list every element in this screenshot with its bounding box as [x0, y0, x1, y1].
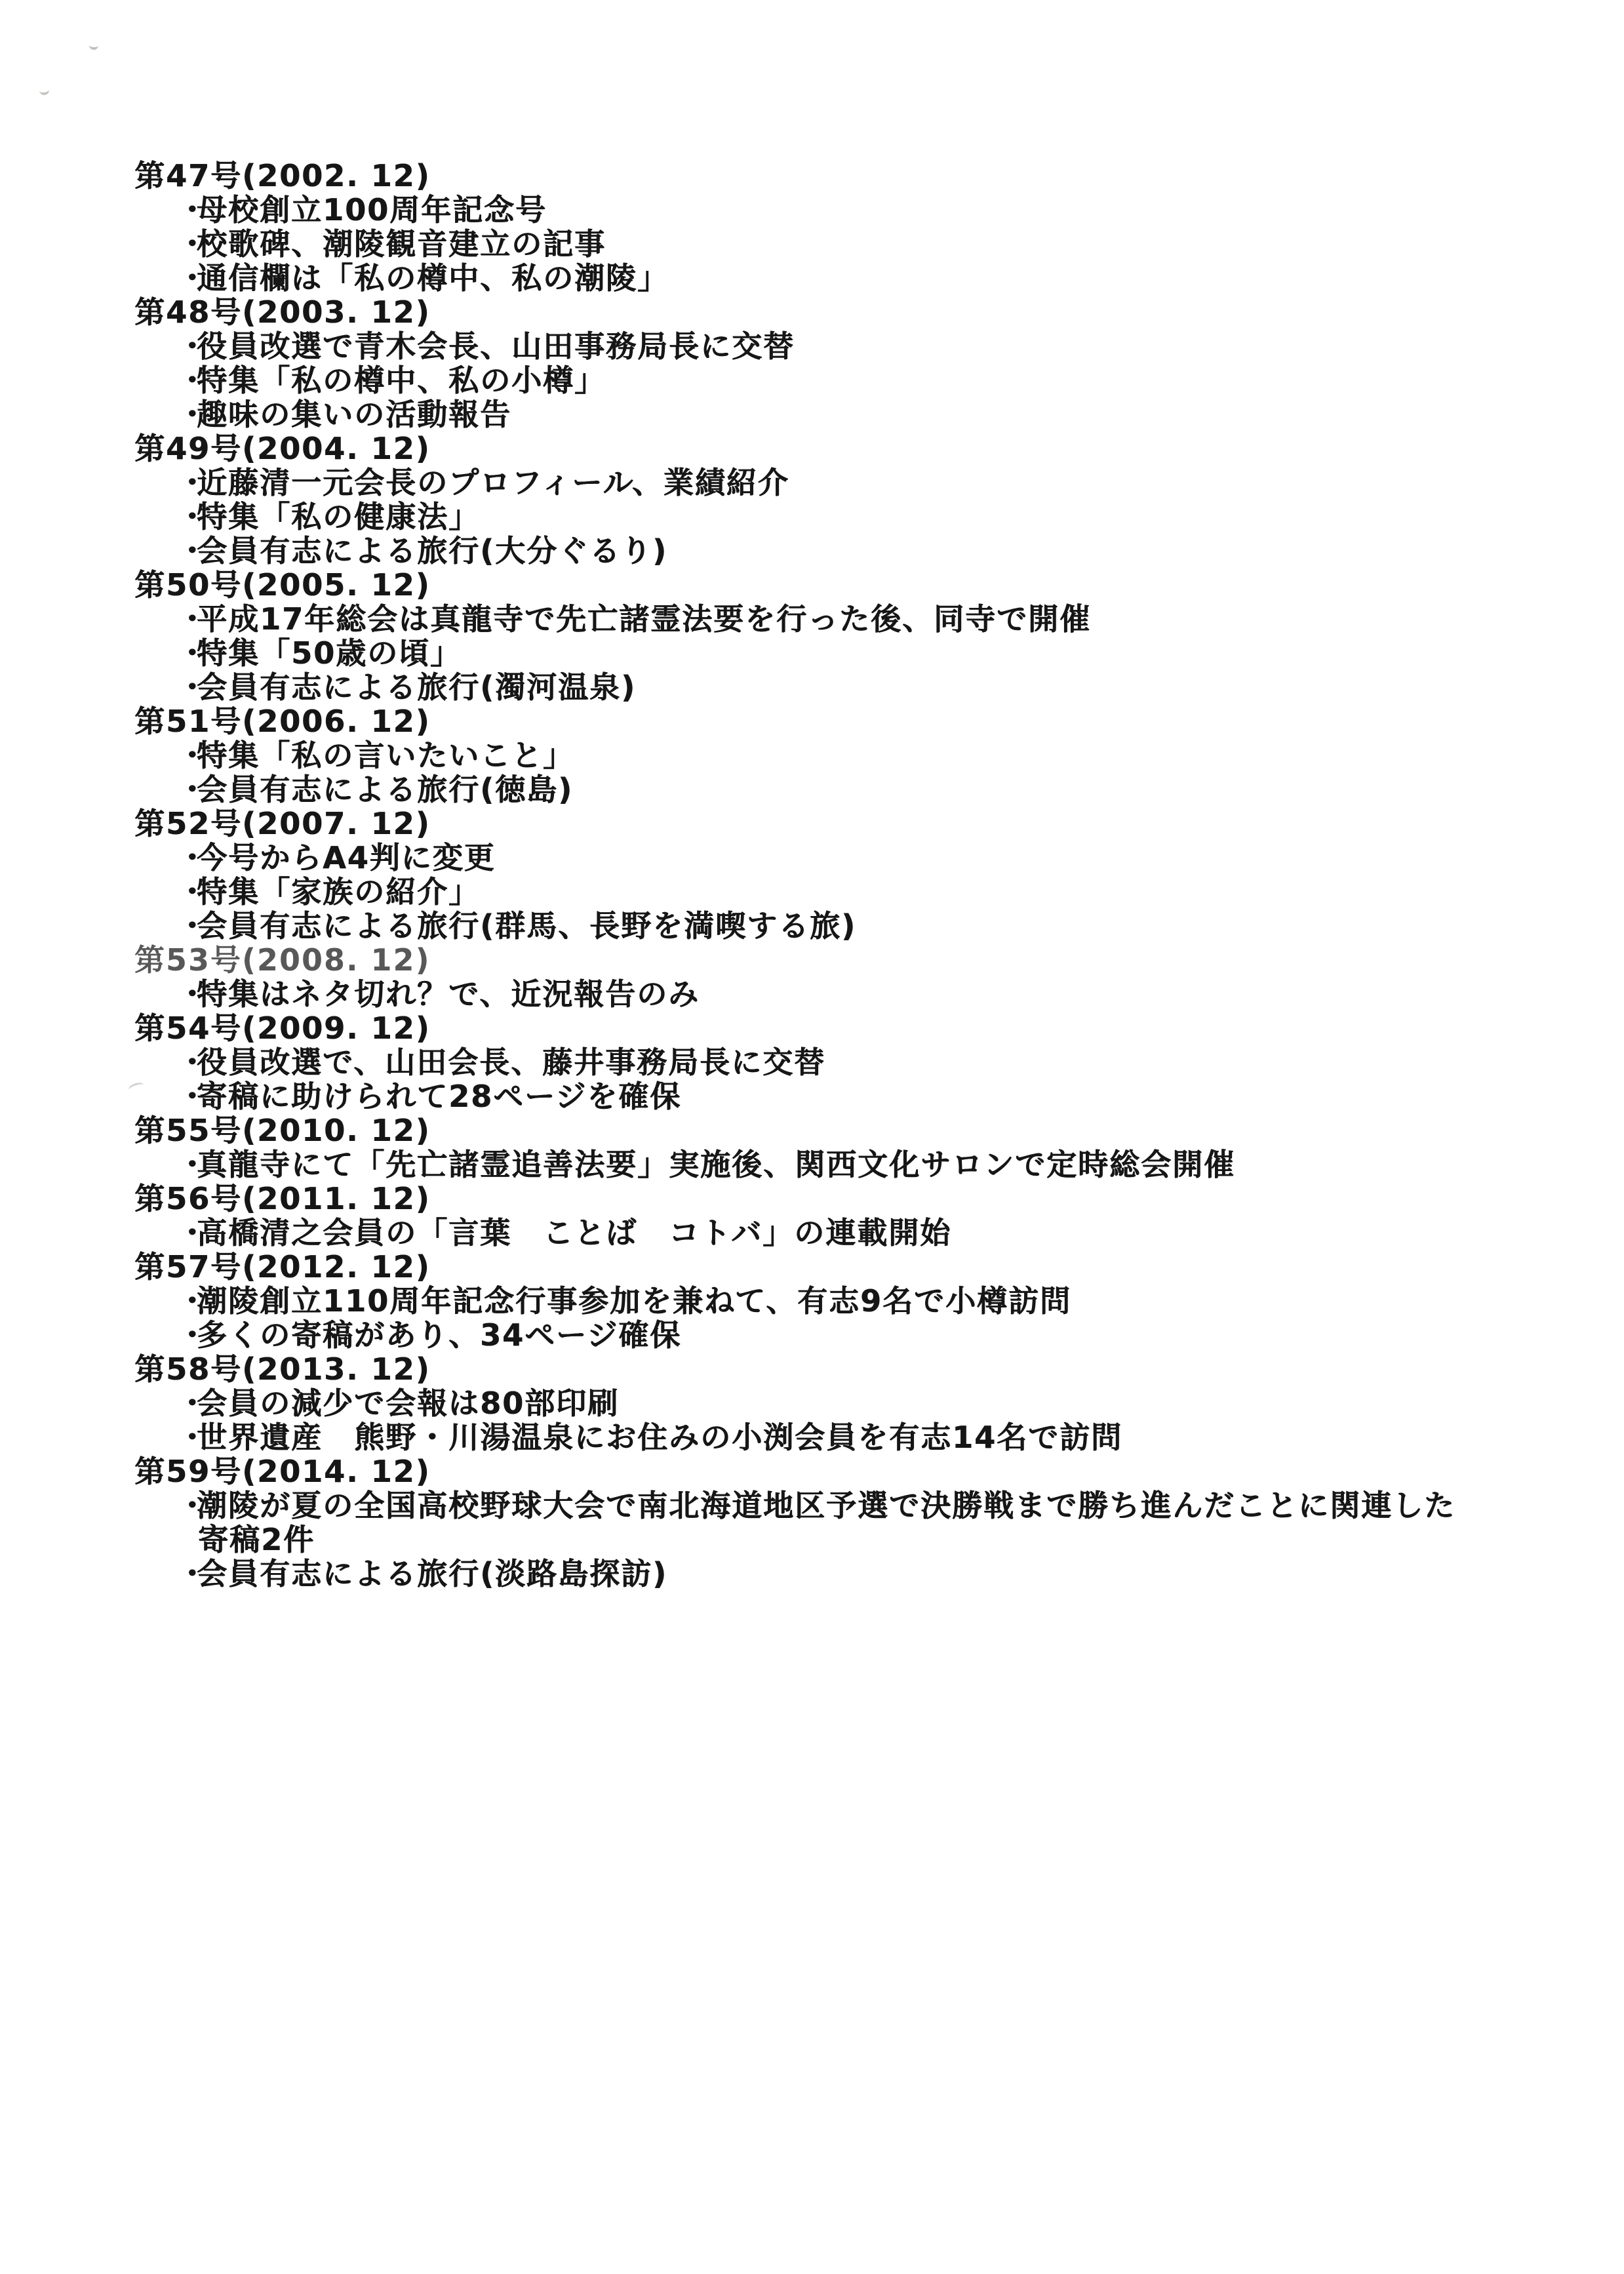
issue-item-text: 寄稿に助けられて28ページを確保: [197, 1079, 681, 1114]
issue-item-text: 世界遺産 熊野・川湯温泉にお住みの小渕会員を有志14名で訪問: [197, 1420, 1122, 1455]
issue-item: ・潮陵が夏の全国高校野球大会で南北海道地区予選で決勝戦まで勝ち進んだことに関連し…: [0, 1488, 1624, 1523]
bullet-marker: ・: [177, 772, 197, 807]
scan-artifact: [89, 42, 99, 50]
issue-item-text: 会員有志による旅行(淡路島探訪): [197, 1556, 667, 1591]
issue-item: ・特集「50歳の頃」: [0, 636, 1624, 670]
issue-item: ・会員有志による旅行(濁河温泉): [0, 670, 1624, 704]
issue-item-text: 通信欄は「私の樽中、私の潮陵」: [197, 260, 669, 296]
issue-item-text: 会員の減少で会報は80部印刷: [197, 1386, 619, 1421]
issue-item: ・近藤清一元会長のプロフィール、業績紹介: [0, 466, 1624, 500]
issue-heading-49: 第49号(2004. 12): [0, 431, 1624, 466]
issue-item-text: 特集「私の樽中、私の小樽」: [197, 363, 606, 398]
bullet-marker: ・: [177, 500, 197, 534]
issue-heading-56: 第56号(2011. 12): [0, 1182, 1624, 1216]
bullet-marker: ・: [177, 329, 197, 363]
bullet-marker: ・: [177, 1420, 197, 1454]
issue-item-text: 特集「私の言いたいこと」: [197, 738, 574, 773]
issue-item: ・役員改選で青木会長、山田事務局長に交替: [0, 329, 1624, 363]
bullet-marker: ・: [177, 738, 197, 772]
scan-artifact: [39, 86, 50, 96]
issue-item: ・特集「私の樽中、私の小樽」: [0, 363, 1624, 397]
issue-item-text: 特集はネタ切れ？で、近況報告のみ: [197, 976, 700, 1012]
bullet-marker: ・: [177, 363, 197, 397]
issue-item: ・趣味の集いの活動報告: [0, 397, 1624, 431]
issue-heading-59: 第59号(2014. 12): [0, 1454, 1624, 1488]
issue-item: ・役員改選で、山田会長、藤井事務局長に交替: [0, 1045, 1624, 1079]
issue-item-text: 潮陵創立110周年記念行事参加を兼ねて、有志9名で小樽訪問: [197, 1283, 1071, 1319]
issue-item-text: 会員有志による旅行(徳島): [197, 772, 573, 807]
bullet-marker: ・: [177, 534, 197, 568]
issue-item: ・寄稿に助けられて28ページを確保: [0, 1079, 1624, 1113]
issue-item-text: 多くの寄稿があり、34ページ確保: [197, 1317, 681, 1353]
issue-heading-58: 第58号(2013. 12): [0, 1352, 1624, 1386]
bullet-marker: ・: [177, 1318, 197, 1352]
issue-item-text: 会員有志による旅行(濁河温泉): [197, 669, 636, 705]
issue-heading-55: 第55号(2010. 12): [0, 1113, 1624, 1147]
bullet-marker: ・: [177, 1147, 197, 1182]
issue-item-text: 会員有志による旅行(大分ぐるり): [197, 533, 667, 568]
issue-heading-52: 第52号(2007. 12): [0, 807, 1624, 841]
issue-item: ・特集「私の健康法」: [0, 500, 1624, 534]
issue-item: ・会員の減少で会報は80部印刷: [0, 1386, 1624, 1420]
issue-heading-50: 第50号(2005. 12): [0, 568, 1624, 602]
issue-item-text: 会員有志による旅行(群馬、長野を満喫する旅): [197, 908, 856, 944]
bullet-marker: ・: [177, 909, 197, 943]
bullet-marker: ・: [177, 875, 197, 909]
bullet-marker: ・: [177, 602, 197, 636]
bullet-marker: ・: [177, 397, 197, 431]
issue-item: ・潮陵創立110周年記念行事参加を兼ねて、有志9名で小樽訪問: [0, 1284, 1624, 1318]
issue-heading-51: 第51号(2006. 12): [0, 704, 1624, 738]
issue-item-text: 特集「家族の紹介」: [197, 874, 480, 909]
bullet-marker: ・: [177, 636, 197, 670]
issue-item-text: 潮陵が夏の全国高校野球大会で南北海道地区予選で決勝戦まで勝ち進んだことに関連した: [197, 1488, 1456, 1523]
bullet-marker: ・: [177, 466, 197, 500]
issue-item-text: 今号からA4判に変更: [197, 840, 496, 875]
issue-item-text: 役員改選で青木会長、山田事務局長に交替: [197, 329, 795, 364]
bullet-marker: ・: [177, 1557, 197, 1591]
issue-item-text: 校歌碑、潮陵観音建立の記事: [197, 226, 606, 262]
bullet-marker: ・: [177, 670, 197, 704]
bullet-marker: ・: [177, 1216, 197, 1250]
issue-item: ・高橋清之会員の「言葉 ことば コトバ」の連載開始: [0, 1216, 1624, 1250]
bullet-marker: ・: [177, 1079, 197, 1113]
issue-item: ・通信欄は「私の樽中、私の潮陵」: [0, 261, 1624, 295]
bullet-marker: ・: [177, 1386, 197, 1420]
scanned-document-page: 第47号(2002. 12) ・母校創立100周年記念号 ・校歌碑、潮陵観音建立…: [0, 159, 1624, 1591]
issue-item: ・会員有志による旅行(淡路島探訪): [0, 1557, 1624, 1591]
issue-item: ・今号からA4判に変更: [0, 841, 1624, 875]
issue-item: ・平成17年総会は真龍寺で先亡諸霊法要を行った後、同寺で開催: [0, 602, 1624, 636]
issue-item: ・真龍寺にて「先亡諸霊追善法要」実施後、関西文化サロンで定時総会開催: [0, 1147, 1624, 1182]
issue-item-text: 趣味の集いの活動報告: [197, 397, 511, 432]
issue-item-text: 平成17年総会は真龍寺で先亡諸霊法要を行った後、同寺で開催: [197, 601, 1091, 637]
bullet-marker: ・: [177, 1045, 197, 1079]
bullet-marker: ・: [177, 1488, 197, 1523]
bullet-marker: ・: [177, 261, 197, 295]
issue-item-text: 特集「私の健康法」: [197, 499, 480, 534]
issue-item: ・特集「家族の紹介」: [0, 875, 1624, 909]
bullet-marker: ・: [177, 1284, 197, 1318]
issue-item: ・多くの寄稿があり、34ページ確保: [0, 1318, 1624, 1352]
issue-item-text: 特集「50歳の頃」: [197, 635, 462, 671]
issue-item: ・特集はネタ切れ？で、近況報告のみ: [0, 977, 1624, 1011]
issue-heading-48: 第48号(2003. 12): [0, 295, 1624, 329]
issue-item-text: 真龍寺にて「先亡諸霊追善法要」実施後、関西文化サロンで定時総会開催: [197, 1147, 1235, 1182]
issue-item-text: 母校創立100周年記念号: [197, 192, 547, 228]
issue-heading-54: 第54号(2009. 12): [0, 1011, 1624, 1045]
issue-item: ・特集「私の言いたいこと」: [0, 738, 1624, 772]
bullet-marker: ・: [177, 977, 197, 1011]
issue-item: ・会員有志による旅行(群馬、長野を満喫する旅): [0, 909, 1624, 943]
issue-heading-57: 第57号(2012. 12): [0, 1250, 1624, 1284]
issue-item-text: 近藤清一元会長のプロフィール、業績紹介: [197, 465, 789, 500]
issue-item: ・会員有志による旅行(徳島): [0, 772, 1624, 807]
bullet-marker: ・: [177, 193, 197, 227]
bullet-marker: ・: [177, 841, 197, 875]
issue-item: ・会員有志による旅行(大分ぐるり): [0, 534, 1624, 568]
issue-item-text: 役員改選で、山田会長、藤井事務局長に交替: [197, 1045, 825, 1080]
bullet-marker: ・: [177, 227, 197, 261]
issue-heading-47: 第47号(2002. 12): [0, 159, 1624, 193]
issue-item-text: 高橋清之会員の「言葉 ことば コトバ」の連載開始: [197, 1215, 951, 1250]
issue-item: ・母校創立100周年記念号: [0, 193, 1624, 227]
issue-heading-53: 第53号(2008. 12): [0, 943, 1624, 977]
issue-item: ・校歌碑、潮陵観音建立の記事: [0, 227, 1624, 261]
issue-item: ・世界遺産 熊野・川湯温泉にお住みの小渕会員を有志14名で訪問: [0, 1420, 1624, 1454]
issue-item-continuation: 寄稿2件: [0, 1523, 1624, 1557]
